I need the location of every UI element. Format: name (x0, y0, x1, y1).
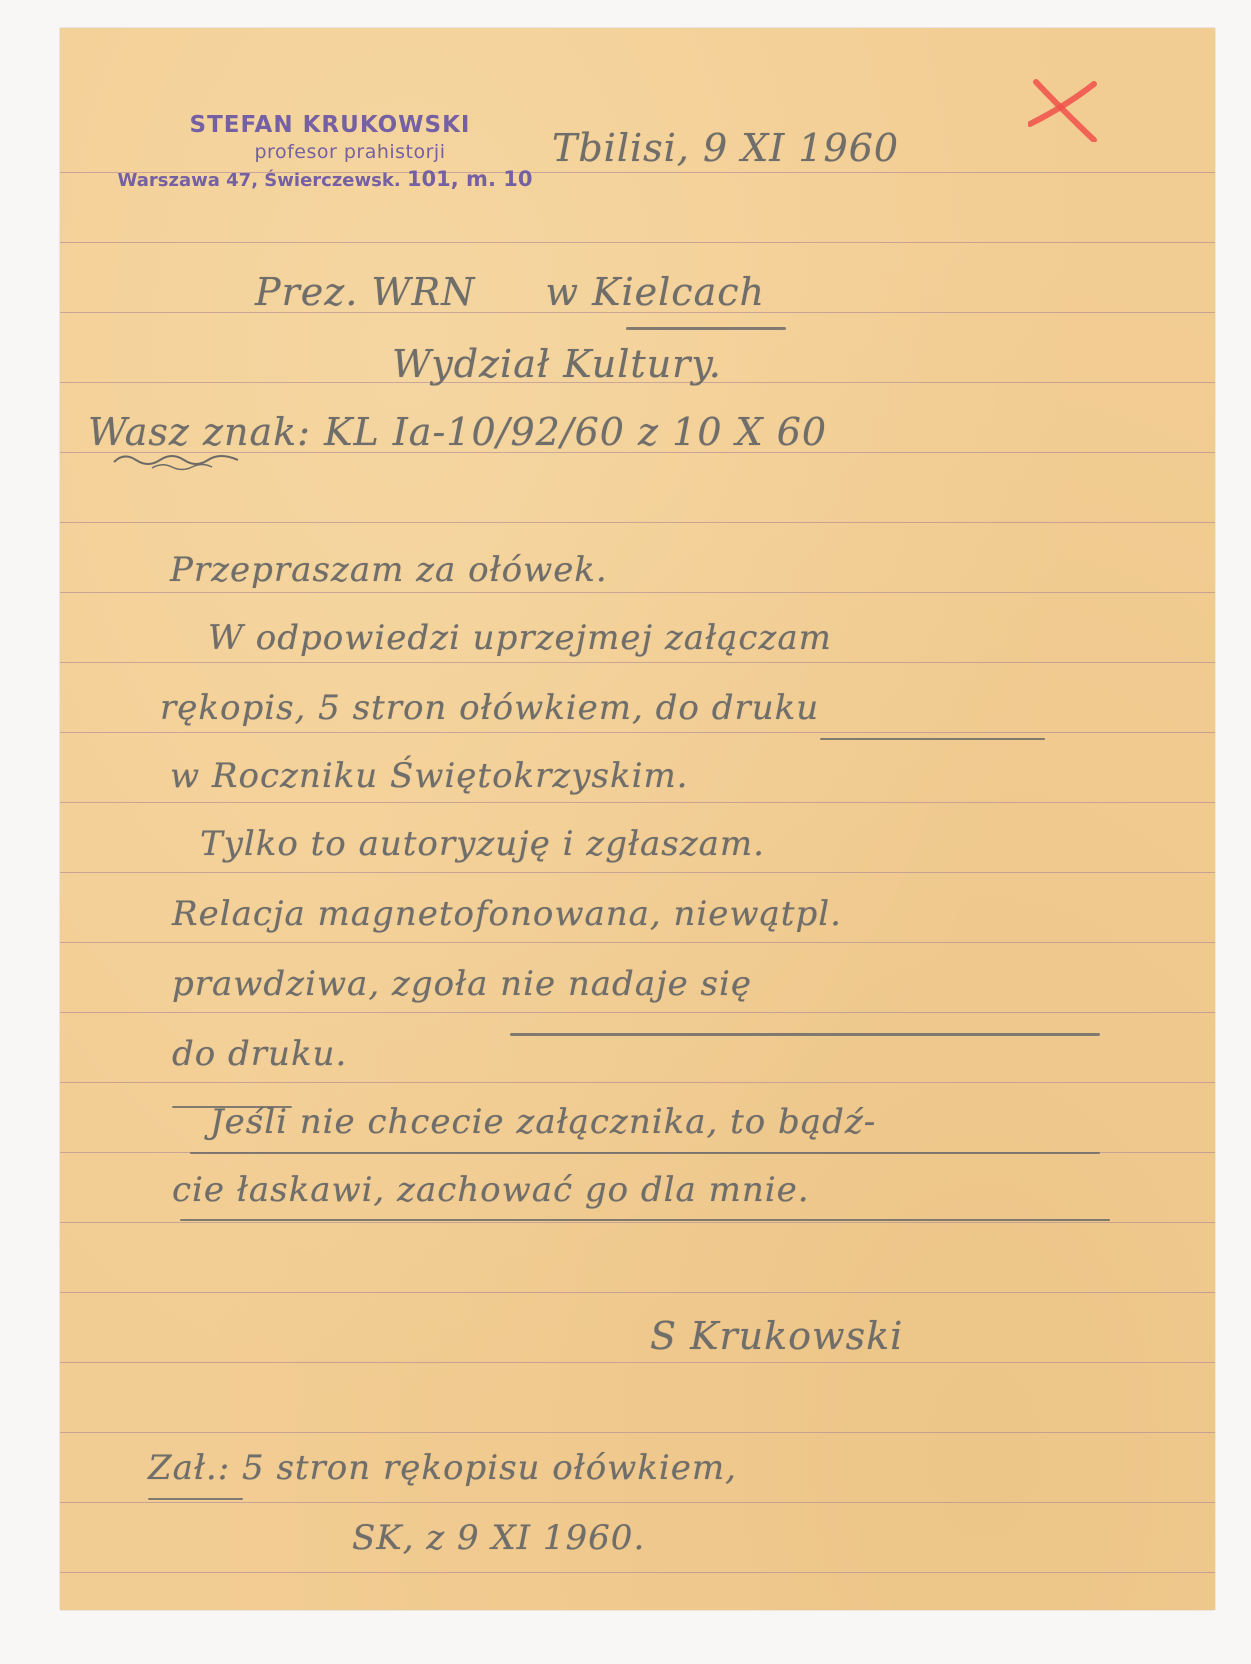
body-line-2: W odpowiedzi uprzejmej załączam (208, 618, 832, 658)
stamp-address: Warszawa 47, Świerczewsk. 101, m. 10 (105, 165, 545, 195)
wavy-underline (112, 450, 242, 472)
underline (148, 1498, 243, 1500)
paper-sheet: STEFAN KRUKOWSKI profesor prahistorji Wa… (60, 28, 1215, 1610)
recipient-line-1: Prez. WRN w Kielcach (255, 270, 765, 314)
ruled-line (60, 522, 1215, 523)
ruled-line (60, 942, 1215, 943)
stamp-title: profesor prahistorji (115, 140, 545, 165)
ruled-line (60, 1432, 1215, 1433)
underline (190, 1152, 1100, 1154)
enclosure-text: 5 stron rękopisu ołówkiem, (242, 1448, 737, 1488)
ruled-line (60, 1222, 1215, 1223)
body-line-9: Jeśli nie chcecie załącznika, to bądź- (210, 1102, 876, 1142)
scanned-document: STEFAN KRUKOWSKI profesor prahistorji Wa… (0, 0, 1251, 1664)
stamp-name: STEFAN KRUKOWSKI (115, 110, 545, 140)
letterhead-stamp: STEFAN KRUKOWSKI profesor prahistorji Wa… (115, 110, 545, 195)
signature: S Krukowski (650, 1314, 903, 1358)
underline (180, 1219, 1110, 1221)
recipient-city: w Kielcach (546, 270, 765, 314)
enclosure-line-1: Zał.: 5 stron rękopisu ołówkiem, (148, 1448, 737, 1488)
stamp-address-number: 101, m. 10 (407, 167, 533, 191)
enclosure-label: Zał.: (148, 1448, 230, 1488)
reference-value: KL Ia-10/92/60 z 10 X 60 (324, 410, 827, 454)
ruled-line (60, 1012, 1215, 1013)
ruled-line (60, 1082, 1215, 1083)
ruled-line (60, 1502, 1215, 1503)
stamp-address-street: Warszawa 47, Świerczewsk. (118, 170, 401, 191)
body-line-5: Tylko to autoryzuję i zgłaszam. (200, 824, 765, 864)
ruled-line (60, 592, 1215, 593)
body-line-4: w Roczniku Świętokrzyskim. (170, 756, 689, 796)
underline (626, 327, 786, 330)
ruled-line (60, 1572, 1215, 1573)
ruled-line (60, 872, 1215, 873)
ruled-line (60, 1292, 1215, 1293)
body-line-8: do druku. (172, 1034, 347, 1074)
body-line-10: cie łaskawi, zachować go dla mnie. (172, 1170, 810, 1210)
ruled-line (60, 802, 1215, 803)
place-date: Tbilisi, 9 XI 1960 (552, 126, 899, 170)
red-x-mark-icon (1028, 78, 1098, 142)
body-line-1: Przepraszam za ołówek. (170, 550, 608, 590)
body-line-7: prawdziwa, zgoła nie nadaje się (172, 964, 752, 1004)
ruled-line (60, 732, 1215, 733)
recipient-line-2: Wydział Kultury. (392, 342, 722, 386)
body-line-6: Relacja magnetofonowana, niewątpl. (172, 894, 842, 934)
ruled-line (60, 1362, 1215, 1363)
enclosure-line-2: SK, z 9 XI 1960. (352, 1518, 645, 1558)
reference-label: Wasz znak: (88, 410, 311, 454)
reference-line: Wasz znak: KL Ia-10/92/60 z 10 X 60 (88, 410, 827, 454)
ruled-line (60, 242, 1215, 243)
recipient-institution: Prez. WRN (255, 270, 475, 314)
ruled-line (60, 662, 1215, 663)
underline (820, 738, 1045, 740)
body-line-3: rękopis, 5 stron ołówkiem, do druku (160, 688, 819, 728)
underline (510, 1033, 1100, 1036)
